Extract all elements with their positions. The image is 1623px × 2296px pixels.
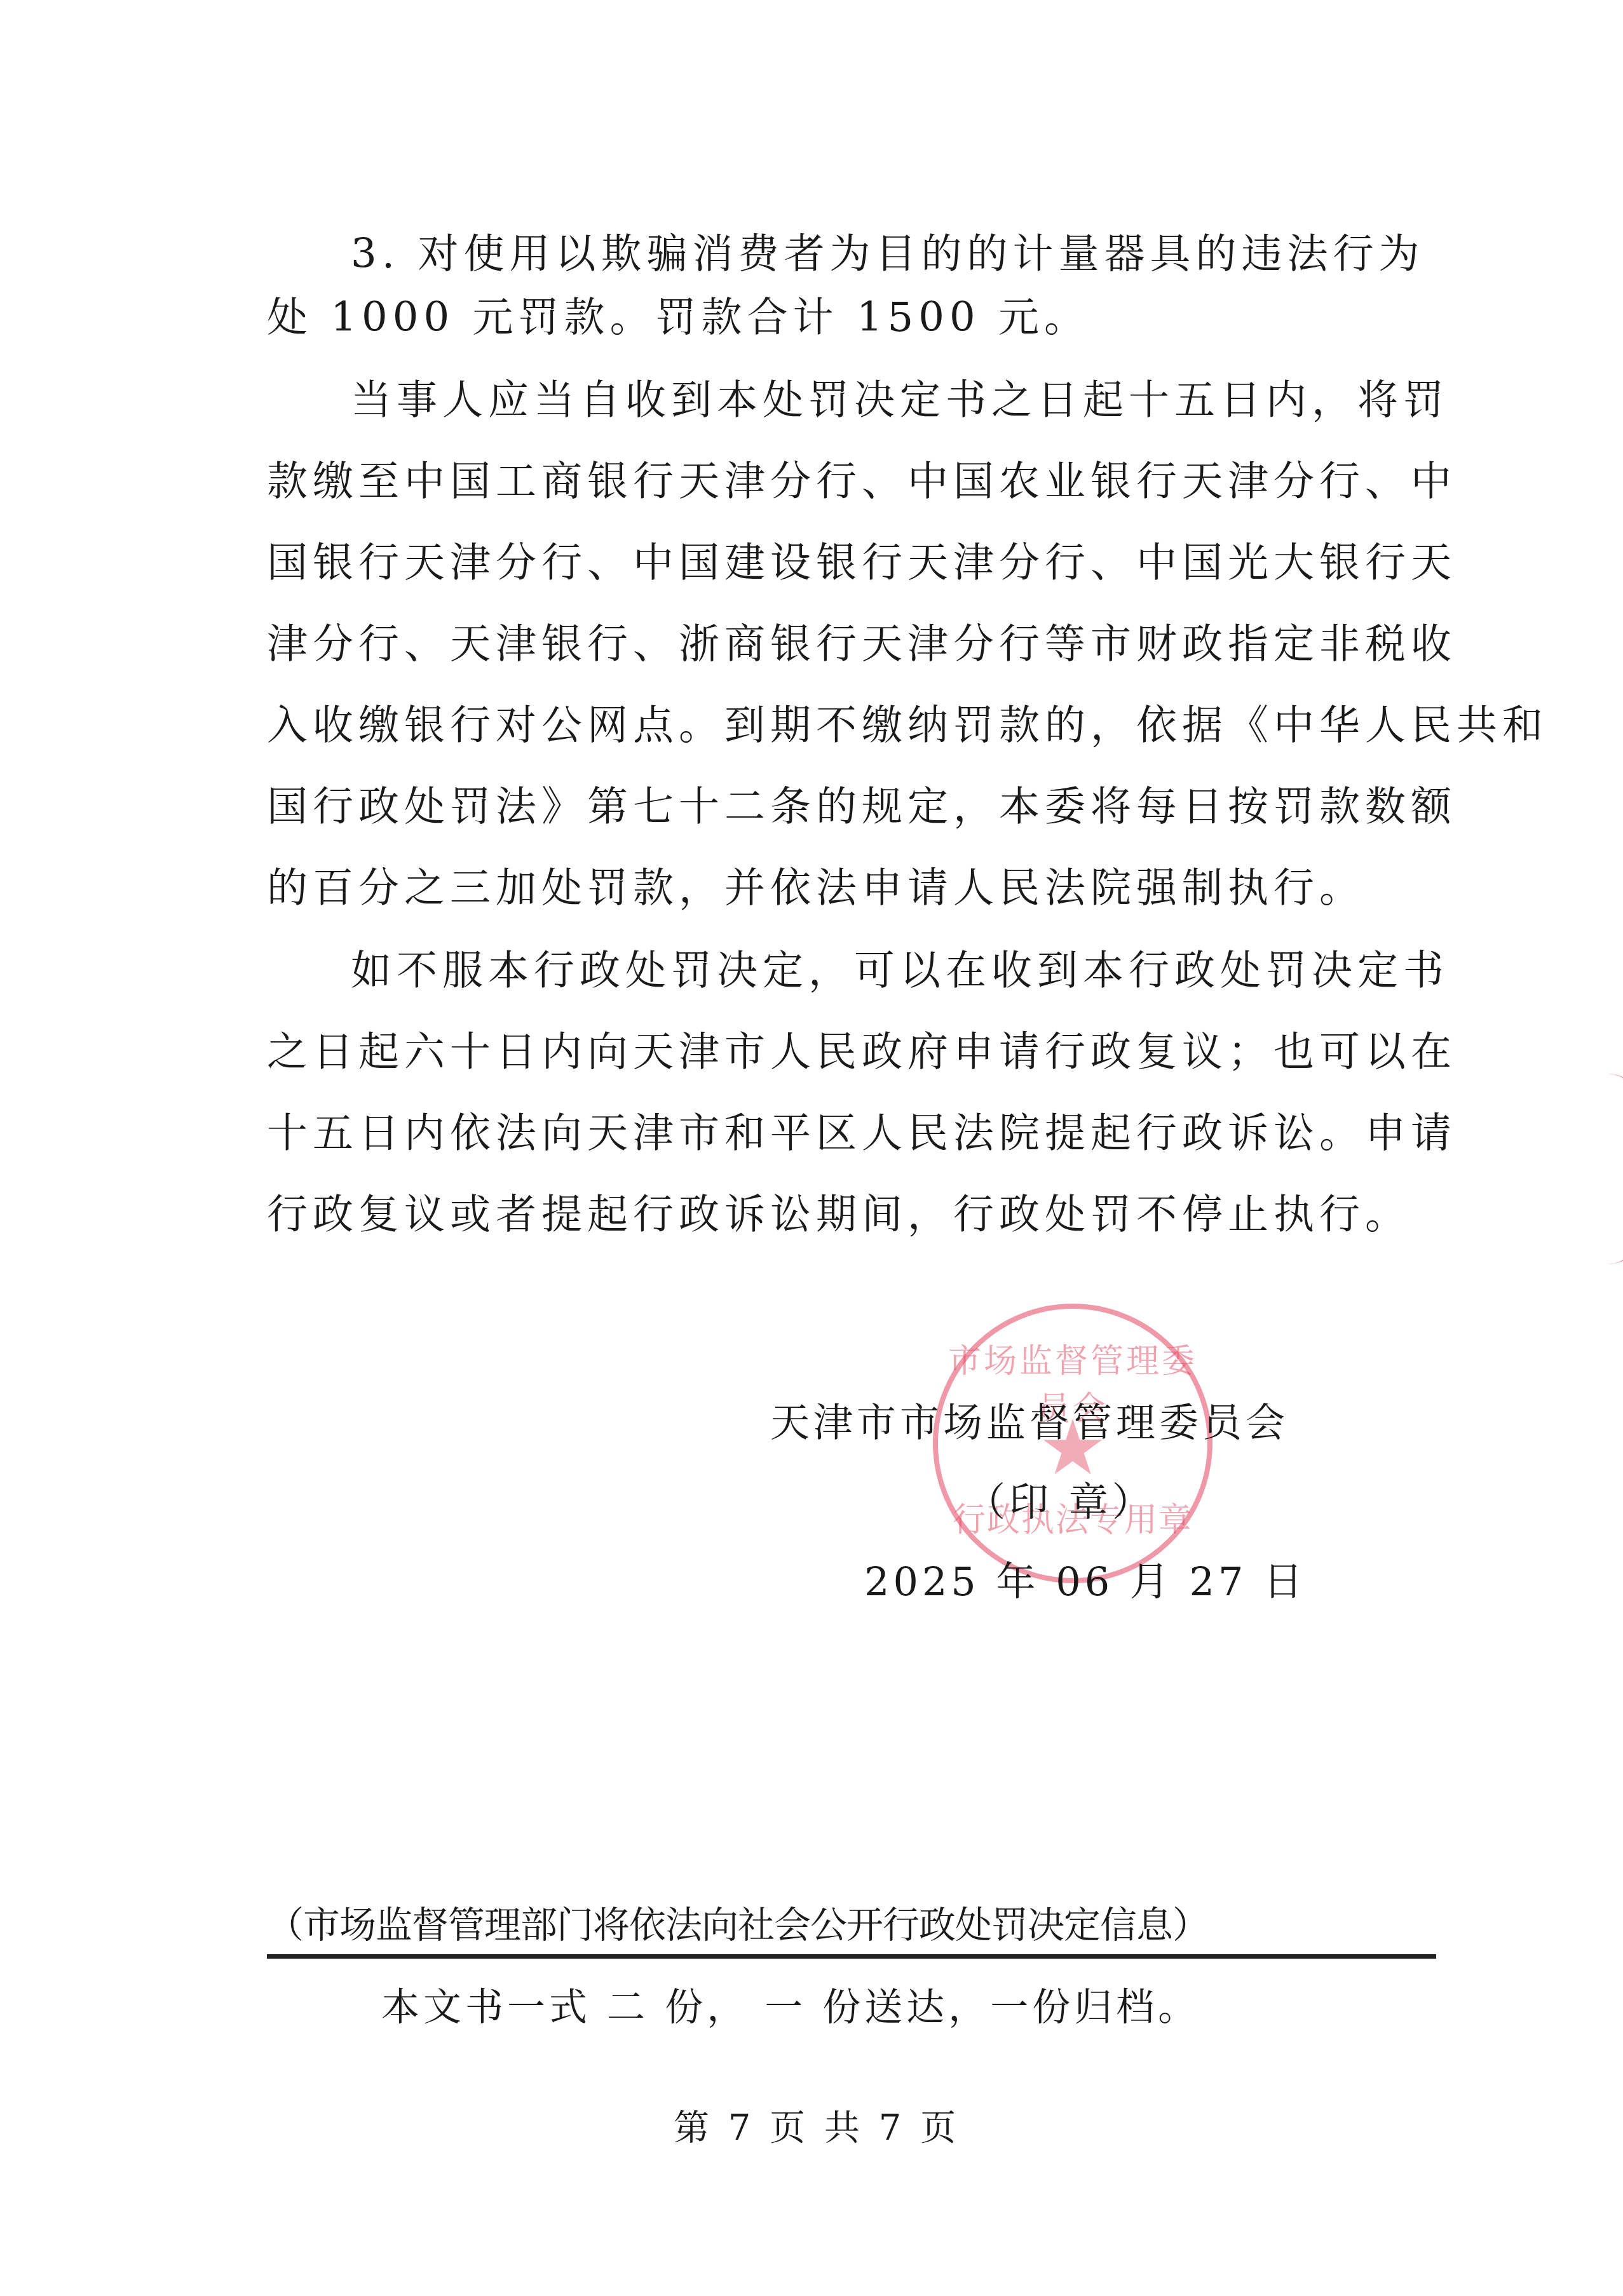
page-number: 第 7 页 共 7 页 — [674, 2103, 960, 2154]
public-disclosure-notice: （市场监督管理部门将依法向社会公开行政处罚决定信息） — [267, 1900, 1209, 1950]
body-line: 津分行、天津银行、浙商银行天津分行等市财政指定非税收 — [267, 619, 1398, 670]
body-line: 如不服本行政处罚决定，可以在收到本行政处罚决定书 — [351, 945, 1398, 996]
body-line: 的百分之三加处罚款，并依法申请人民法院强制执行。 — [267, 863, 1398, 914]
body-line: 处 1000 元罚款。罚款合计 1500 元。 — [267, 292, 1398, 343]
body-line: 十五日内依法向天津市和平区人民法院提起行政诉讼。申请 — [267, 1108, 1398, 1159]
body-line: 入收缴银行对公网点。到期不缴纳罚款的，依据《中华人民共和 — [267, 700, 1398, 751]
partial-seal-mark — [1551, 1074, 1623, 1264]
seal-label: （印 章） — [966, 1477, 1155, 1528]
body-line: 之日起六十日内向天津市人民政府申请行政复议；也可以在 — [267, 1027, 1398, 1077]
body-line: 当事人应当自收到本处罚决定书之日起十五日内，将罚 — [351, 375, 1398, 426]
body-line: 国银行天津分行、中国建设银行天津分行、中国光大银行天 — [267, 537, 1398, 588]
body-line: 国行政处罚法》第七十二条的规定，本委将每日按罚款数额 — [267, 781, 1398, 832]
body-line: 行政复议或者提起行政诉讼期间，行政处罚不停止执行。 — [267, 1189, 1398, 1240]
signing-organization: 天津市市场监督管理委员会 — [770, 1398, 1289, 1449]
copies-note: 本文书一式 二 份， 一 份送达，一份归档。 — [381, 1982, 1200, 2033]
body-line: 3. 对使用以欺骗消费者为目的的计量器具的违法行为 — [351, 229, 1398, 280]
body-line: 款缴至中国工商银行天津分行、中国农业银行天津分行、中 — [267, 456, 1398, 507]
footer-divider — [267, 1954, 1436, 1959]
signature-date: 2025 年 06 月 27 日 — [864, 1557, 1307, 1607]
